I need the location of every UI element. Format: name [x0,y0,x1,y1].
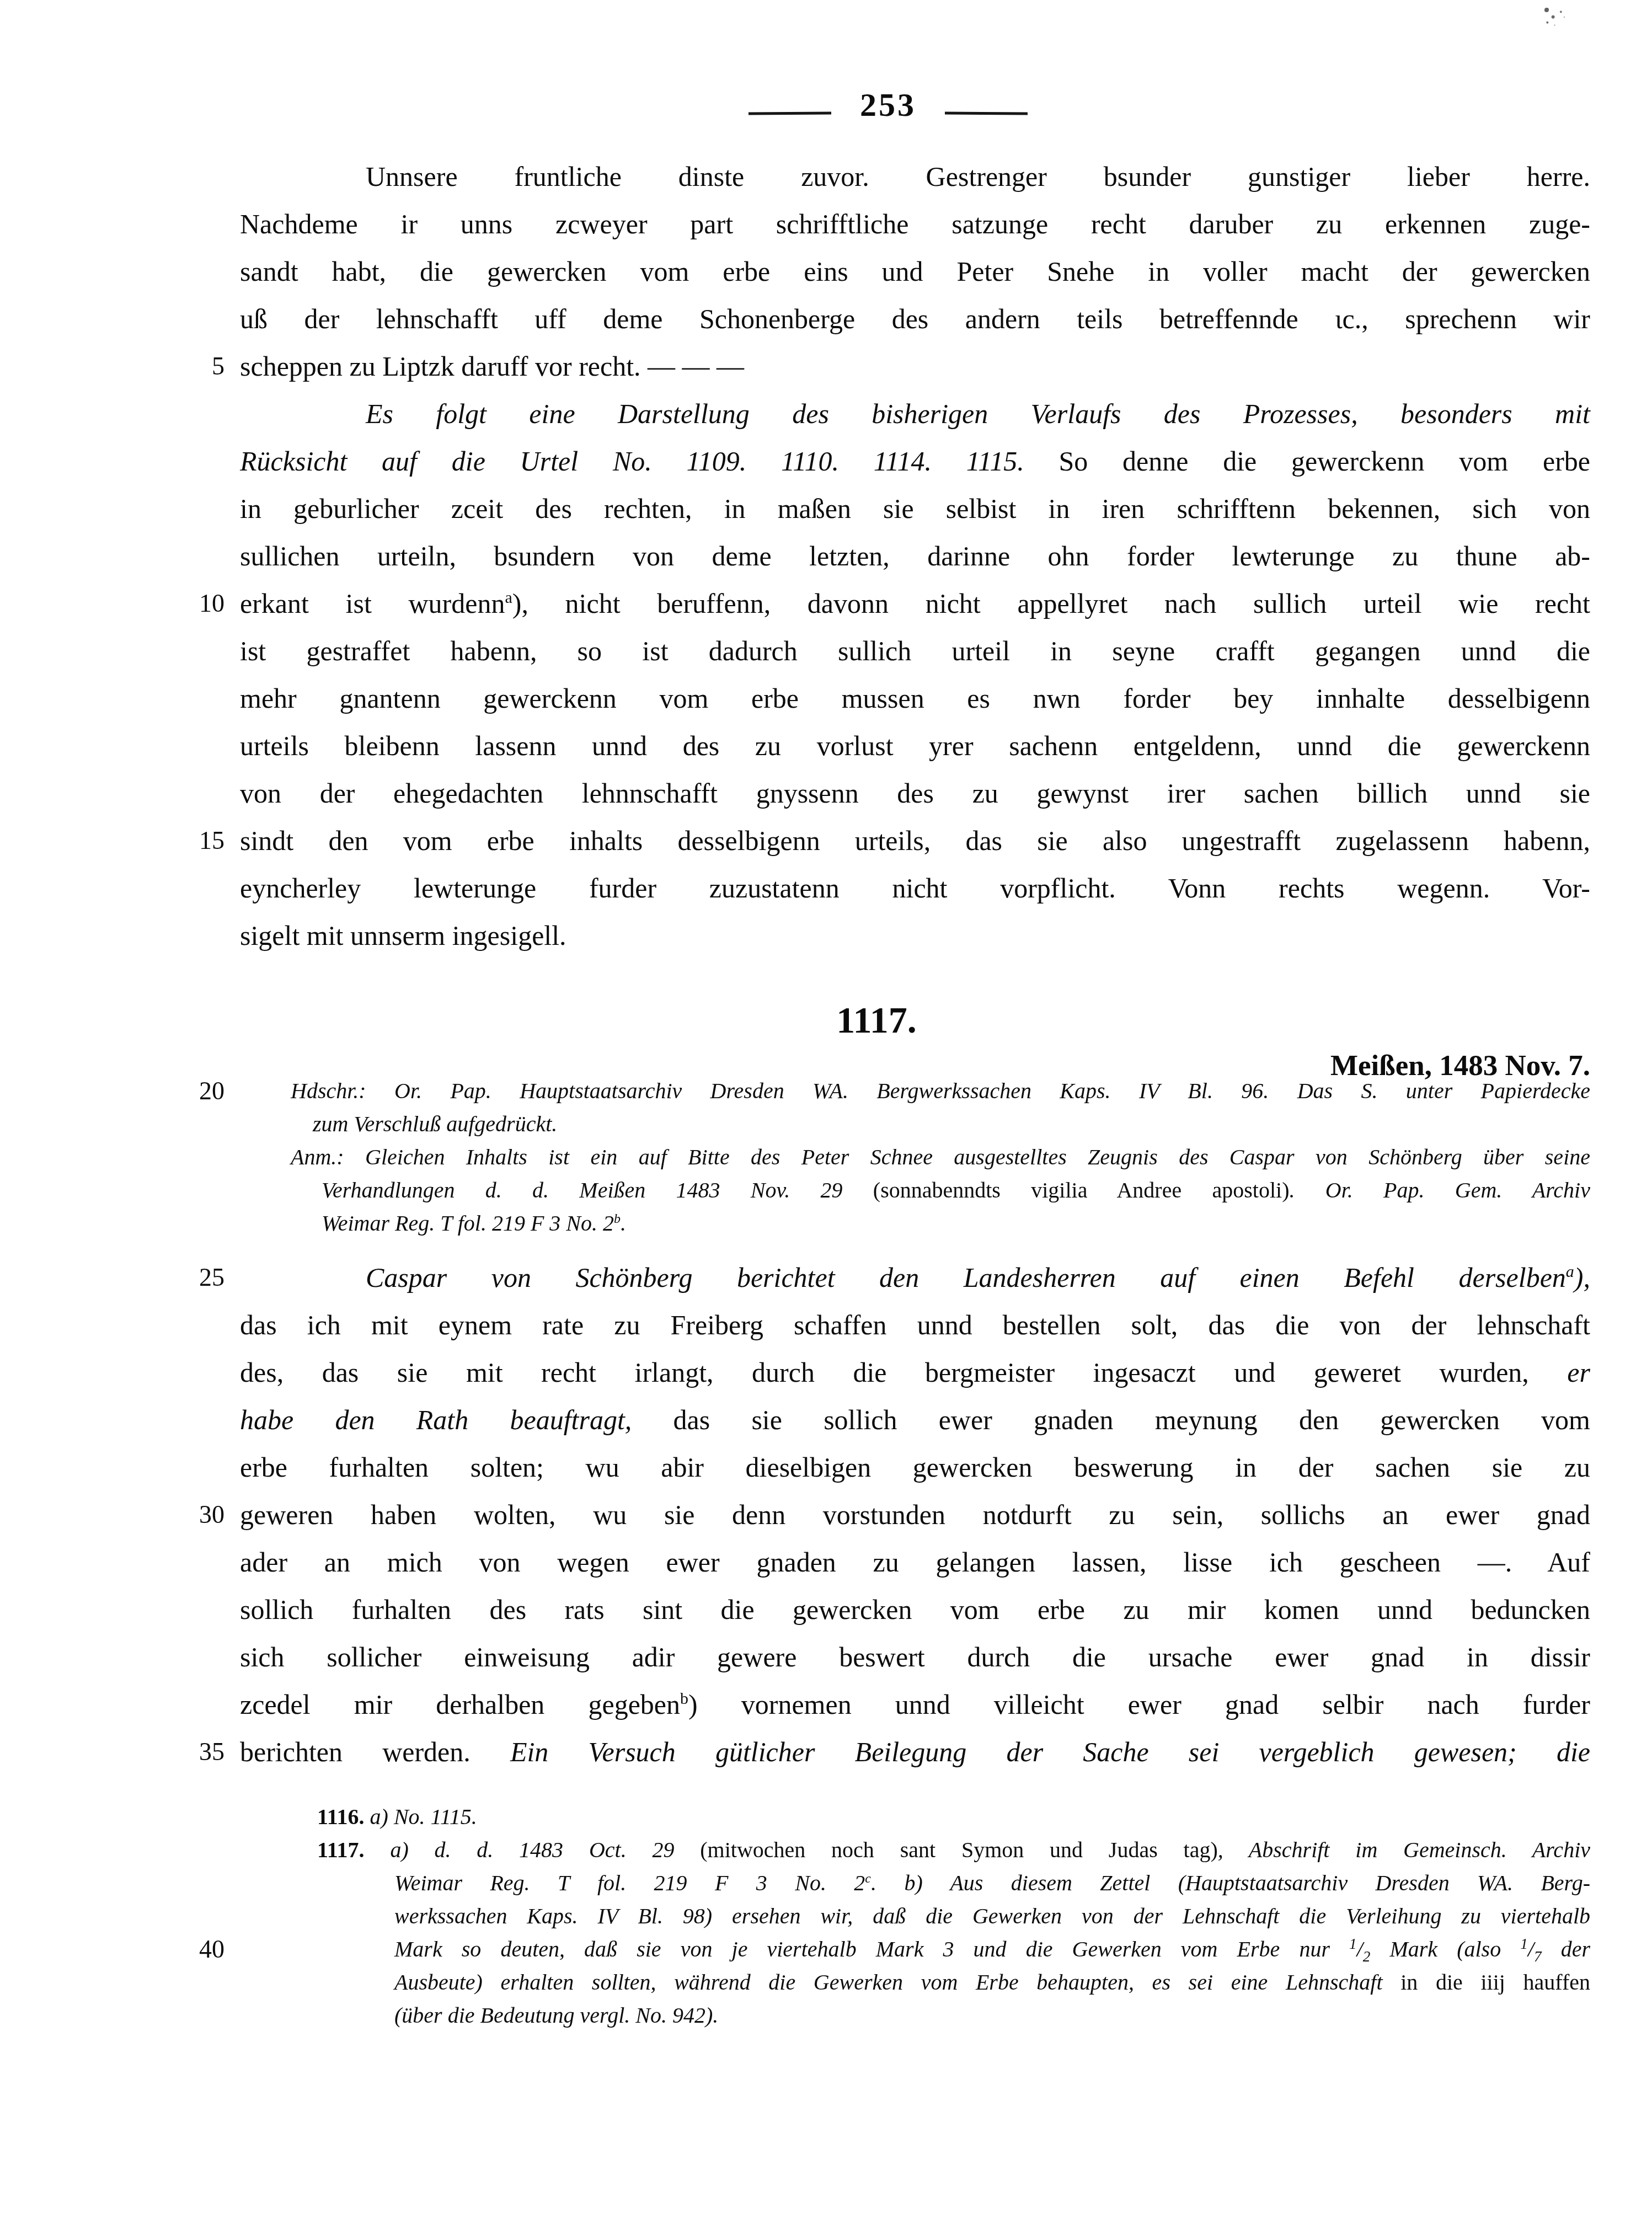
text-segment: Unnsere fruntliche dinste zuvor. Gestren… [366,161,1590,192]
text-line: Weimar Reg. T fol. 219 F 3 No. 2c. b) Au… [240,1867,1590,1900]
header-rule-left [749,111,831,115]
text-segment: (über die Bedeutung vergl. No. 942). [394,2003,718,2028]
paragraph-report: 25Caspar von Schönberg berichtet den Lan… [240,1254,1590,1776]
text-segment: sich sollicher einweisung adir gewere be… [240,1642,1590,1672]
text-segment: Es folgt eine Darstellung des bisherigen… [366,398,1590,429]
text-line: 35berichten werden. Ein Versuch gütliche… [240,1728,1590,1776]
page-number: 253 [860,88,916,121]
text-segment: sigelt mit unnserm ingesigell. [240,920,566,951]
text-segment: (mitwochen noch sant Symon und Judas tag… [700,1837,1217,1862]
text-line: habe den Rath beauftragt, das sie sollic… [240,1396,1590,1444]
text-segment: 1/2 [1349,1937,1370,1961]
text-line: sigelt mit unnserm ingesigell. [240,912,1590,959]
text-line: eyncherley lewterunge furder zuzustatenn… [240,864,1590,912]
text-line: Unnsere fruntliche dinste zuvor. Gestren… [240,153,1590,200]
text-segment: berichten werden. [240,1736,510,1767]
text-segment: Abschrift im Gemeinsch. Archiv [1249,1837,1590,1862]
text-segment: Rücksicht auf die Urtel No. 1109. 1110. … [240,446,1024,477]
text-segment: a [1566,1263,1574,1281]
text-line: zcedel mir derhalben gegebenb) vornemen … [240,1681,1590,1728]
text-line: 1116. a) No. 1115. [240,1800,1590,1834]
text-line: urteils bleibenn lassenn unnd des zu vor… [240,722,1590,769]
text-column: Unnsere fruntliche dinste zuvor. Gestren… [240,0,1590,2032]
text-line: sollich furhalten des rats sint die gewe… [240,1586,1590,1633]
margin-line-number: 20 [199,1075,224,1108]
text-line: mehr gnantenn gewerckenn vom erbe mussen… [240,675,1590,722]
text-segment: zcedel mir derhalben gegeben [240,1689,680,1720]
text-segment: . [871,1870,904,1895]
text-segment: mehr gnantenn gewerckenn vom erbe mussen… [240,683,1590,714]
text-segment: 1117. [317,1837,365,1862]
text-segment: der [1542,1937,1590,1961]
text-segment: Mark so deuten, daß sie von je viertehal… [394,1937,1349,1961]
text-segment: . Or. Pap. Gem. Archiv [1289,1178,1590,1202]
text-segment: in geburlicher zceit des rechten, in maß… [240,493,1590,524]
text-segment: werkssachen Kaps. IV Bl. 98) ersehen wir… [394,1904,1590,1928]
text-segment: in die iiij hauffen [1400,1970,1590,1995]
text-line: ist gestraffet habenn, so ist dadurch su… [240,627,1590,675]
text-line: 20Hdschr.: Or. Pap. Hauptstaatsarchiv Dr… [240,1075,1590,1108]
text-segment: erbe furhalten solten; wu abir dieselbig… [240,1452,1590,1483]
margin-line-number: 10 [199,580,224,627]
text-segment: a) d. d. 1483 Oct. 29 [365,1837,701,1862]
margin-line-number: 40 [199,1933,224,1966]
margin-line-number: 5 [212,343,224,390]
text-line: ader an mich von wegen ewer gnaden zu ge… [240,1538,1590,1586]
text-line: 30geweren haben wolten, wu sie denn vors… [240,1491,1590,1538]
text-segment: Ein Versuch gütlicher Beilegung der Sach… [510,1736,1590,1767]
text-line: 25Caspar von Schönberg berichtet den Lan… [240,1254,1590,1301]
text-segment: , [1218,1837,1249,1862]
text-segment: sandt habt, die gewercken vom erbe eins … [240,256,1590,287]
text-segment: des, das sie mit recht irlangt, durch di… [240,1357,1567,1388]
margin-line-number: 30 [199,1491,224,1538]
text-segment: sollich furhalten des rats sint die gewe… [240,1594,1590,1625]
text-segment: 1117. [836,999,917,1041]
text-segment: (sonnabenndts vigilia Andree apostoli) [873,1178,1290,1202]
text-line: Weimar Reg. T fol. 219 F 3 No. 2b. [240,1207,1590,1240]
text-segment: ist gestraffet habenn, so ist dadurch su… [240,635,1590,666]
text-line: uß der lehnschafft uff deme Schonenberge… [240,295,1590,343]
text-line: Nachdeme ir unns zcweyer part schrifftli… [240,200,1590,248]
text-line: werkssachen Kaps. IV Bl. 98) ersehen wir… [240,1900,1590,1933]
text-line: das ich mit eynem rate zu Freiberg schaf… [240,1301,1590,1349]
paragraph-process: Es folgt eine Darstellung des bisherigen… [240,390,1590,959]
text-segment: c [865,1872,871,1886]
text-segment: Caspar von Schönberg berichtet den Lande… [366,1262,1566,1293]
text-segment: Mark (also [1370,1937,1520,1961]
text-line: erbe furhalten solten; wu abir dieselbig… [240,1444,1590,1491]
text-line: in geburlicher zceit des rechten, in maß… [240,485,1590,532]
text-segment: Verhandlungen d. d. Meißen 1483 Nov. 29 [322,1178,873,1202]
page-header: 253 [645,88,1131,121]
text-line: sandt habt, die gewercken vom erbe eins … [240,248,1590,295]
text-segment: scheppen zu Liptzk daruff vor recht. — —… [240,351,744,382]
text-segment: zum Verschluß aufgedrückt. [313,1111,557,1136]
text-blocks: Unnsere fruntliche dinste zuvor. Gestren… [240,153,1590,2032]
text-segment: sindt den vom erbe inhalts desselbigenn … [240,825,1590,856]
text-segment: . [621,1211,626,1236]
text-segment: ), nicht beruffenn, davonn nicht appelly… [512,588,1590,619]
text-line: 1117. a) d. d. 1483 Oct. 29 (mitwochen n… [240,1834,1590,1867]
text-line: Rücksicht auf die Urtel No. 1109. 1110. … [240,437,1590,485]
text-segment: ), [1574,1262,1590,1293]
text-segment: uß der lehnschafft uff deme Schonenberge… [240,303,1590,334]
text-segment: habe den Rath beauftragt, [240,1404,632,1435]
footnotes: 1116. a) No. 1115.1117. a) d. d. 1483 Oc… [240,1800,1590,2032]
text-segment: eyncherley lewterunge furder zuzustatenn… [240,873,1590,904]
text-segment: geweren haben wolten, wu sie denn vorstu… [240,1499,1590,1530]
text-line: sullichen urteiln, bsundern von deme let… [240,532,1590,580]
text-segment: Nachdeme ir unns zcweyer part schrifftli… [240,209,1590,239]
margin-line-number: 25 [199,1254,224,1301]
text-line: Verhandlungen d. d. Meißen 1483 Nov. 29 … [240,1174,1590,1207]
text-segment: ) vornemen unnd villeicht ewer gnad selb… [688,1689,1590,1720]
text-line: 40Mark so deuten, daß sie von je vierteh… [240,1933,1590,1966]
text-line: sich sollicher einweisung adir gewere be… [240,1633,1590,1681]
text-segment: Hdschr.: Or. Pap. Hauptstaatsarchiv Dres… [291,1078,1590,1103]
text-segment: von der ehegedachten lehnnschafft gnysse… [240,778,1590,809]
margin-line-number: 35 [199,1728,224,1776]
text-line: 15sindt den vom erbe inhalts desselbigen… [240,817,1590,864]
text-segment: a) No. 1115. [365,1804,477,1829]
text-segment: So denne die gewerckenn vom erbe [1024,446,1590,477]
text-segment: ader an mich von wegen ewer gnaden zu ge… [240,1547,1590,1578]
text-segment: sullichen urteiln, bsundern von deme let… [240,541,1590,571]
text-segment: das sie sollich ewer gnaden meynung den … [632,1404,1590,1435]
text-line: 1117. [201,992,1552,1047]
text-line: 5scheppen zu Liptzk daruff vor recht. — … [240,343,1590,390]
book-page: 253 Unnsere fruntliche dinste zuvor. Ges… [0,0,1652,2229]
text-line: des, das sie mit recht irlangt, durch di… [240,1349,1590,1396]
text-segment: Ausbeute) erhalten sollten, während die … [394,1970,1400,1995]
text-line: 10erkant ist wurdenna), nicht beruffenn,… [240,580,1590,627]
text-segment: 1116. [317,1804,365,1829]
text-segment: Anm.: Gleichen Inhalts ist ein auf Bitte… [291,1145,1590,1169]
text-line: zum Verschluß aufgedrückt. [240,1108,1590,1141]
text-segment: urteils bleibenn lassenn unnd des zu vor… [240,730,1590,761]
text-segment: das ich mit eynem rate zu Freiberg schaf… [240,1309,1590,1340]
header-rule-right [945,111,1028,115]
text-segment: b [614,1212,621,1226]
entry-number-heading: 1117. [240,992,1590,1047]
text-segment: Weimar Reg. T fol. 219 F 3 No. 2 [322,1211,614,1236]
paragraph-judgment: Unnsere fruntliche dinste zuvor. Gestren… [240,153,1590,390]
text-segment: b) Aus diesem Zettel (Hauptstaatsarchiv … [904,1870,1590,1895]
text-line: (über die Bedeutung vergl. No. 942). [240,1999,1590,2032]
text-segment: Weimar Reg. T fol. 219 F 3 No. 2 [394,1870,865,1895]
text-line: Anm.: Gleichen Inhalts ist ein auf Bitte… [240,1141,1590,1174]
text-segment: b [680,1690,688,1708]
text-line: Es folgt eine Darstellung des bisherigen… [240,390,1590,437]
text-segment: er [1567,1357,1590,1388]
text-segment: erkant ist wurdenn [240,588,505,619]
source-note: 20Hdschr.: Or. Pap. Hauptstaatsarchiv Dr… [240,1075,1590,1240]
text-line: von der ehegedachten lehnnschafft gnysse… [240,769,1590,817]
text-line: Ausbeute) erhalten sollten, während die … [240,1966,1590,1999]
margin-line-number: 15 [199,817,224,864]
text-segment: a [505,589,512,607]
text-segment: 1/7 [1520,1937,1541,1961]
